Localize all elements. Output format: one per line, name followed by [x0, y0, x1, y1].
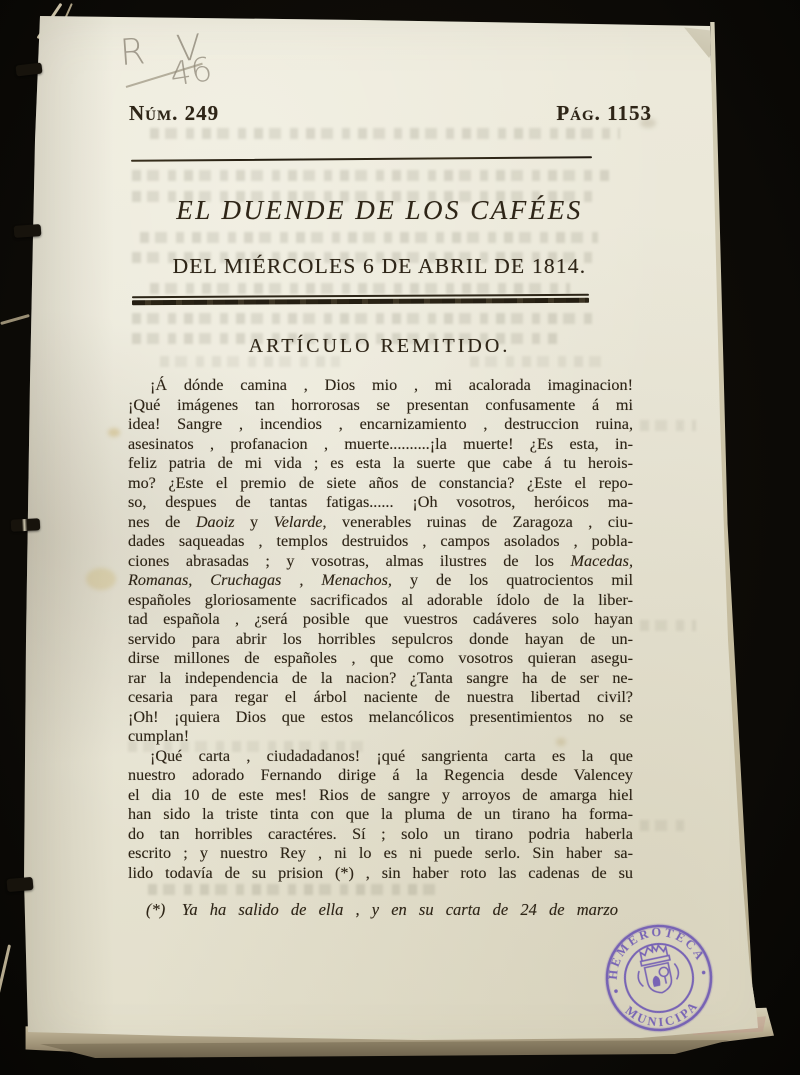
text-line: tad española , ¿será posible que vuestro… [128, 610, 633, 630]
bleed-through-texture [132, 170, 610, 181]
text-line: mo? ¿Este el premio de siete años de con… [128, 474, 633, 494]
library-stamp: HEMEROTECA MUNICIPAL [588, 907, 730, 1049]
text-line: el dia 10 de este mes! Rios de sangre y … [128, 786, 633, 806]
stamp-right-dot [701, 970, 705, 974]
double-rule-thin [132, 294, 589, 298]
text-line: so, despues de tantas fatigas...... ¡Oh … [128, 493, 633, 513]
bleed-through-texture [140, 232, 598, 243]
article-heading: ARTÍCULO REMITIDO. [128, 335, 631, 358]
text-line: (*) Ya ha salido de ella , y en su carta… [146, 899, 618, 921]
binding-stitch [14, 224, 42, 238]
bleed-through-texture [148, 884, 438, 895]
library-stamp-graphic: HEMEROTECA MUNICIPAL [588, 907, 730, 1049]
text-line: españoles gloriosamente sacrificados al … [128, 591, 633, 611]
text-line: Romanas, Cruchagas , Menachos, y de los … [128, 571, 633, 591]
pencil-number: 46 [167, 49, 215, 94]
article-body: ¡Á dónde camina , Dios mio , mi acalorad… [128, 376, 633, 883]
paper-stain [108, 428, 120, 437]
text-line: servido para abrir los horribles sepulcr… [128, 630, 633, 650]
masthead-date: DEL MIÉRCOLES 6 DE ABRIL DE 1814. [128, 254, 631, 279]
double-rule-thick [132, 298, 589, 306]
text-line: dades saqueadas , templos destruidos , c… [128, 532, 633, 552]
bleed-through-texture [640, 820, 692, 831]
double-rule [132, 294, 589, 306]
header-rule [131, 156, 592, 162]
bleed-through-texture [640, 620, 696, 631]
text-line: han sido la triste tinta con que la plum… [128, 805, 633, 825]
binding-shadow [24, 0, 114, 1075]
bleed-through-texture [150, 128, 620, 139]
binding-thread [0, 944, 11, 997]
tree-icon [658, 967, 669, 978]
text-line: asesinatos , profanacion , muerte.......… [128, 435, 633, 455]
document-page: R V 46 Núm. 249 Pág. 1153 EL DUENDE DE L… [0, 0, 800, 1075]
issue-number: Núm. 249 [129, 101, 219, 126]
text-line: ¡Á dónde camina , Dios mio , mi acalorad… [128, 376, 633, 396]
bear-icon [653, 976, 661, 986]
text-line: ¡Oh! ¡quiera Dios que estos melancólicos… [128, 708, 633, 728]
binding-stitch [11, 518, 41, 532]
text-line: cesaria para regar el árbol naciente de … [128, 688, 633, 708]
text-line: ¡Qué imágenes tan horrorosas se presenta… [128, 396, 633, 416]
bleed-through-texture [150, 283, 570, 294]
stamp-left-dot [614, 989, 618, 993]
masthead-title: EL DUENDE DE LOS CAFÉES [128, 195, 631, 226]
text-line: do tan horribles caractéres. Sí ; solo u… [128, 825, 633, 845]
binding-thread [0, 314, 30, 325]
bleed-through-texture [640, 420, 696, 431]
text-line: dirse millones de españoles , que como v… [128, 649, 633, 669]
text-line: lido todavía de su prision (*) , sin hab… [128, 864, 633, 884]
text-line: rar la independencia de la nacion? ¿Tant… [128, 669, 633, 689]
text-line: feliz patria de mi vida ; es esta la sue… [128, 454, 633, 474]
binding-stitch [6, 877, 33, 892]
book-scan-photo: R V 46 Núm. 249 Pág. 1153 EL DUENDE DE L… [0, 0, 800, 1075]
text-line: nuestro adorado Fernando dirige á la Reg… [128, 766, 633, 786]
bleed-through-texture [132, 313, 594, 324]
text-line: cumplan! [128, 727, 633, 747]
text-line: escrito ; y nuestro Rey , ni lo es ni pu… [128, 844, 633, 864]
article-footnote: (*) Ya ha salido de ella , y en su carta… [146, 899, 618, 921]
text-line: idea! Sangre , incendios , encarnizamien… [128, 415, 633, 435]
paper-stain [86, 568, 116, 590]
page-number: Pág. 1153 [540, 101, 652, 126]
text-line: nes de Daoiz y Velarde, venerables ruina… [128, 513, 633, 533]
text-line: ciones abrasadas ; y vosotras, almas ilu… [128, 552, 633, 572]
text-line: ¡Qué carta , ciudadadanos! ¡qué sangrien… [128, 747, 633, 767]
